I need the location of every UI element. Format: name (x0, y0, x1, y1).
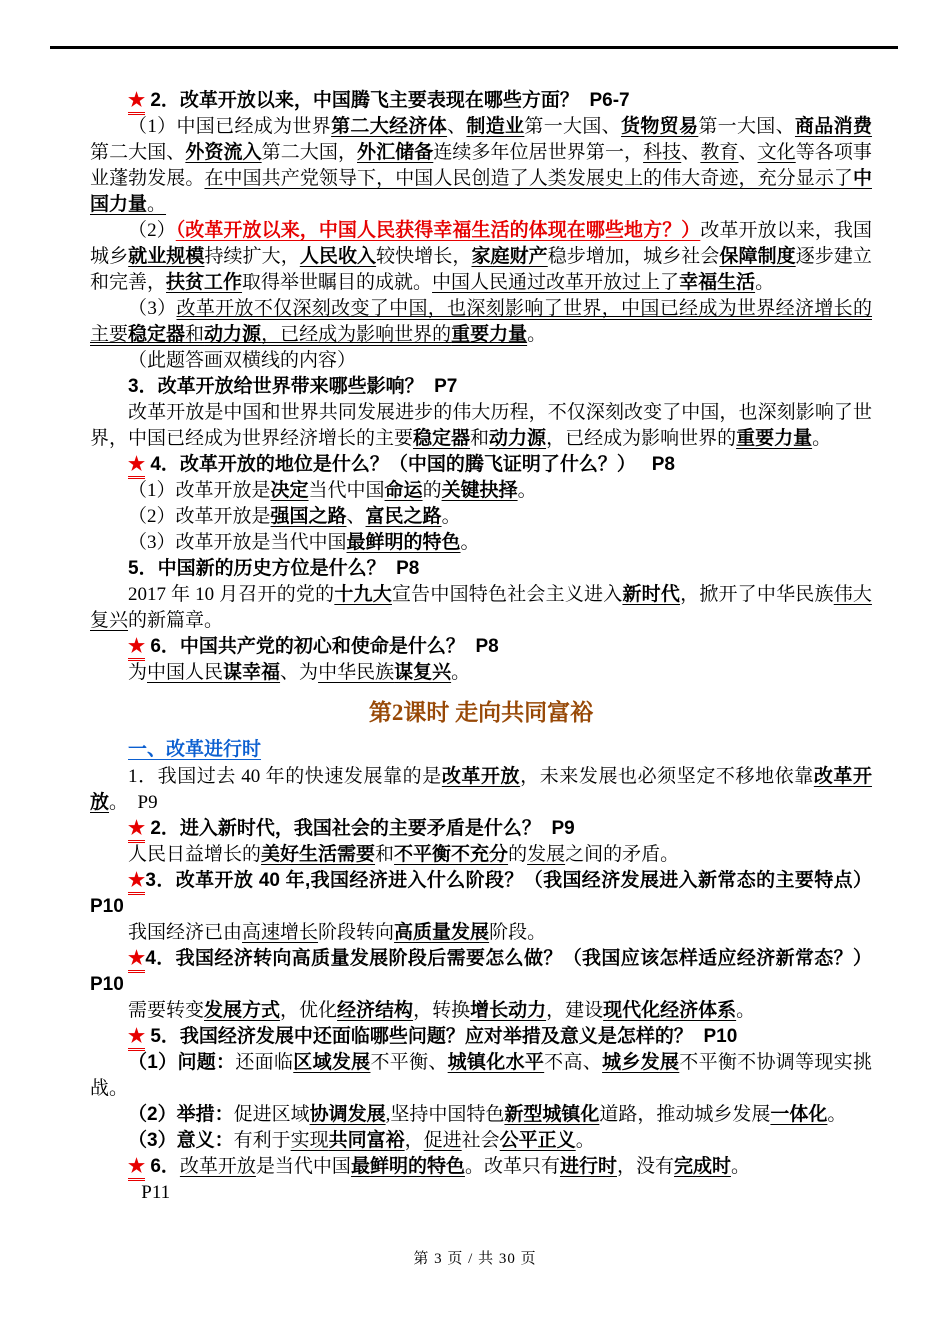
text-segment: 的 (508, 844, 527, 865)
header-divider (50, 46, 898, 49)
text-segment: 强国之路 (271, 506, 347, 527)
star-icon: ★ (128, 454, 145, 479)
text-segment: 宣告中国特色社会主义进入 (392, 584, 622, 605)
text-segment: 6． (145, 1156, 180, 1177)
text-segment: 阶段。 (489, 922, 546, 943)
text-segment: 谋复兴 (394, 662, 451, 683)
text-segment: 还面临 (235, 1052, 293, 1073)
text-segment: （1）问题： (128, 1052, 235, 1073)
text-segment: 现代化经济体系 (603, 1000, 736, 1021)
text-segment: 不平衡、 (370, 1052, 447, 1073)
text-segment: 新型城镇化 (504, 1104, 599, 1125)
star-icon: ★ (128, 818, 145, 843)
text-segment: 需要转变 (128, 1000, 204, 1021)
text-segment: 有利于 (234, 1130, 291, 1151)
text-segment: ,坚持中国特色 (386, 1104, 505, 1125)
text-segment: 稳定器 (128, 324, 185, 345)
text-segment: 是当代中国 (256, 1156, 351, 1177)
text-segment: 高速增长 (242, 922, 318, 943)
text-segment: 之间的矛盾。 (565, 844, 679, 865)
paragraph: ★ 6．中国共产党的初心和使命是什么？ P8 (90, 634, 872, 660)
text-segment: 我国经济已由 (128, 922, 242, 943)
text-segment: ，未来发展也必须坚定不移地依靠 (520, 766, 814, 787)
text-segment: 。 (527, 324, 546, 345)
text-segment: ，没有 (617, 1156, 674, 1177)
paragraph: （2）改革开放是强国之路、富民之路。 (90, 504, 872, 530)
text-segment: （3）意义： (128, 1130, 234, 1151)
text-segment: 家庭财产 (471, 246, 547, 267)
text-segment: ，掀开了中华民族 (680, 584, 834, 605)
text-segment: 协调发展 (310, 1104, 386, 1125)
text-segment: 发展 (527, 844, 565, 865)
text-segment: 第二大国， (262, 142, 357, 163)
text-segment: （2） (128, 220, 176, 241)
paragraph: （3）改革开放不仅深刻改变了中国，也深刻影响了世界，中国已经成为世界经济增长的主… (90, 296, 872, 348)
star-icon: ★ (128, 1026, 145, 1051)
paragraph: 5．中国新的历史方位是什么？ P8 (90, 556, 872, 582)
text-segment: 阶段转向 (318, 922, 394, 943)
text-segment: 第2课时 走向共同富裕 (369, 700, 593, 725)
text-segment: 动力源 (489, 428, 546, 449)
text-segment: ，已经成为影响世界的 (261, 324, 451, 345)
paragraph: 2017 年 10 月召开的党的十九大宣告中国特色社会主义进入新时代，掀开了中华… (90, 582, 872, 634)
text-segment: 。 (736, 1000, 755, 1021)
text-segment: 5．我国经济发展中还面临哪些问题？应对举措及意义是怎样的？ P10 (145, 1026, 737, 1047)
text-segment: ，转换 (413, 1000, 470, 1021)
text-segment: 的新篇章。 (128, 610, 223, 631)
text-segment: 2017 年 10 月召开的党的 (128, 584, 334, 605)
text-segment: 。 (576, 1130, 595, 1151)
paragraph: P11 (90, 1180, 872, 1206)
text-segment: 。 (827, 1104, 846, 1125)
paragraph: 第2课时 走向共同富裕 (90, 698, 872, 728)
text-segment: 幸福生活 (679, 272, 755, 293)
star-icon: ★ (128, 90, 145, 115)
paragraph: ★4．我国经济转向高质量发展阶段后需要怎么做？（我国应该怎样适应经济新常态？） … (90, 946, 872, 998)
text-segment: （2）改革开放是 (128, 506, 271, 527)
text-segment: 扶贫工作 (166, 272, 242, 293)
text-segment: 完成时 (674, 1156, 731, 1177)
text-segment: 。 P9 (109, 792, 158, 813)
text-segment: （1）中国已经成为世界 (128, 116, 331, 137)
text-segment: 最鲜明的特色 (351, 1156, 465, 1177)
paragraph: 我国经济已由高速增长阶段转向高质量发展阶段。 (90, 920, 872, 946)
text-segment: 3．改革开放 40 年,我国经济进入什么阶段？（我国经济发展进入新常态的主要特点… (90, 870, 877, 917)
text-segment: 社会 (462, 1130, 500, 1151)
text-segment: 外资流入 (185, 142, 261, 163)
text-segment: 6．中国共产党的初心和使命是什么？ P8 (145, 636, 499, 657)
text-segment: 不高、 (544, 1052, 602, 1073)
text-segment: 货物贸易 (621, 116, 698, 137)
text-segment: 2．进入新时代，我国社会的主要矛盾是什么？ P9 (145, 818, 575, 839)
paragraph: 需要转变发展方式，优化经济结构，转换增长动力，建设现代化经济体系。 (90, 998, 872, 1024)
text-segment: 实现 (291, 1130, 329, 1151)
text-segment: （此题答画双横线的内容） (128, 350, 356, 371)
star-icon: ★ (128, 870, 145, 895)
text-segment: 中国人民通过改革开放过上了 (432, 272, 679, 293)
text-segment: 动力源 (204, 324, 261, 345)
paragraph: 人民日益增长的美好生活需要和不平衡不充分的发展之间的矛盾。 (90, 842, 872, 868)
star-icon: ★ (128, 948, 145, 973)
text-segment: （1）改革开放是 (128, 480, 271, 501)
text-segment: 持续扩大， (204, 246, 299, 267)
text-segment: 富民之路 (366, 506, 442, 527)
text-segment: 取得举世瞩目的成就。 (242, 272, 432, 293)
text-segment: 连续多年位居世界第一， (433, 142, 643, 163)
text-segment: 。 (442, 506, 461, 527)
text-segment: 促进 (424, 1130, 462, 1151)
text-segment: 命运 (385, 480, 423, 501)
text-segment: 制造业 (466, 116, 524, 137)
text-segment: 重要力量 (736, 428, 812, 449)
text-segment: 。 (731, 1156, 750, 1177)
text-segment: 谋幸福 (223, 662, 280, 683)
text-segment: 改革开放 (442, 766, 520, 787)
paragraph: ★ 6．改革开放是当代中国最鲜明的特色。改革只有进行时，没有完成时。 (90, 1154, 872, 1180)
document-page: ★ 2．改革开放以来，中国腾飞主要表现在哪些方面？ P6-7（1）中国已经成为世… (0, 0, 950, 1344)
text-segment: 、 (738, 142, 757, 163)
text-segment: 不平衡不充分 (394, 844, 508, 865)
text-segment: 最鲜明的特色 (347, 532, 461, 553)
paragraph: （2）（改革开放以来，中国人民获得幸福生活的体现在哪些地方？）改革开放以来，我国… (90, 218, 872, 296)
text-segment: 十九大 (334, 584, 392, 605)
paragraph: ★3．改革开放 40 年,我国经济进入什么阶段？（我国经济发展进入新常态的主要特… (90, 868, 872, 920)
text-segment: 公平正义 (500, 1130, 576, 1151)
text-segment: 中国人民 (147, 662, 223, 683)
text-segment: ，优化 (280, 1000, 337, 1021)
text-segment: ，建设 (546, 1000, 603, 1021)
text-segment: 稳定器 (413, 428, 470, 449)
text-segment: 。 (147, 194, 166, 215)
text-segment: 共同富裕 (329, 1130, 405, 1151)
paragraph: 一、改革进行时 (90, 737, 872, 763)
text-segment: 道路，推动城乡发展 (599, 1104, 770, 1125)
text-segment: ，已经成为影响世界的 (546, 428, 736, 449)
paragraph: 为中国人民谋幸福、为中华民族谋复兴。 (90, 660, 872, 686)
text-segment: 5．中国新的历史方位是什么？ P8 (128, 558, 419, 579)
paragraph: ★ 2．改革开放以来，中国腾飞主要表现在哪些方面？ P6-7 (90, 88, 872, 114)
text-segment: 商品消费 (795, 116, 872, 137)
text-segment: 、 (447, 116, 466, 137)
paragraph: （此题答画双横线的内容） (90, 348, 872, 374)
text-segment: 美好生活需要 (261, 844, 375, 865)
text-segment: 高质量发展 (394, 922, 489, 943)
text-segment: 。改革只有 (465, 1156, 560, 1177)
paragraph: 改革开放是中国和世界共同发展进步的伟大历程，不仅深刻改变了中国，也深刻影响了世界… (90, 400, 872, 452)
text-segment: （改革开放以来，中国人民获得幸福生活的体现在哪些地方？） (176, 220, 701, 241)
star-icon: ★ (128, 636, 145, 661)
text-segment: 外汇储备 (357, 142, 433, 163)
text-segment: （2）举措： (128, 1104, 234, 1125)
text-segment: 保障制度 (719, 246, 795, 267)
page-footer: 第 3 页 / 共 30 页 (0, 1246, 950, 1272)
text-segment: 中华民族 (318, 662, 394, 683)
text-segment: 4．我国经济转向高质量发展阶段后需要怎么做？（我国应该怎样适应经济新常态？） P… (90, 948, 893, 995)
text-segment: 和 (185, 324, 204, 345)
text-segment: 2．改革开放以来，中国腾飞主要表现在哪些方面？ P6-7 (145, 90, 630, 111)
text-segment: 的 (423, 480, 442, 501)
text-segment: 3．改革开放给世界带来哪些影响？ P7 (128, 376, 457, 397)
paragraph: （1）中国已经成为世界第二大经济体、制造业第一大国、货物贸易第一大国、商品消费第… (90, 114, 872, 218)
text-segment: 一、改革进行时 (128, 739, 261, 760)
text-segment: 城镇化水平 (448, 1052, 545, 1073)
paragraph: ★ 5．我国经济发展中还面临哪些问题？应对举措及意义是怎样的？ P10 (90, 1024, 872, 1050)
text-segment: 第一大国、 (698, 116, 795, 137)
star-icon: ★ (128, 1156, 145, 1181)
text-segment: 进行时 (560, 1156, 617, 1177)
text-segment: 4．改革开放的地位是什么？（中国的腾飞证明了什么？） P8 (145, 454, 675, 475)
text-segment: 和 (375, 844, 394, 865)
text-segment: 。 (755, 272, 774, 293)
text-segment: （3）改革开放是当代中国 (128, 532, 347, 553)
text-segment: 第二大国、 (90, 142, 185, 163)
text-segment: P11 (141, 1182, 170, 1203)
text-segment: 。 (518, 480, 537, 501)
text-segment: 第二大经济体 (331, 116, 447, 137)
text-segment: 和 (470, 428, 489, 449)
text-segment: 当代中国 (309, 480, 385, 501)
text-segment: 增长动力 (470, 1000, 546, 1021)
paragraph: （3）改革开放是当代中国最鲜明的特色。 (90, 530, 872, 556)
text-segment: 、 (347, 506, 366, 527)
text-segment: 、为 (280, 662, 318, 683)
text-segment: 就业规模 (128, 246, 204, 267)
paragraph: ★ 2．进入新时代，我国社会的主要矛盾是什么？ P9 (90, 816, 872, 842)
paragraph: （1）问题：还面临区域发展不平衡、城镇化水平不高、城乡发展不平衡不协调等现实挑战… (90, 1050, 872, 1102)
text-segment: ， (405, 1130, 424, 1151)
text-segment: 人民日益增长的 (128, 844, 261, 865)
paragraph: ★ 4．改革开放的地位是什么？（中国的腾飞证明了什么？） P8 (90, 452, 872, 478)
text-segment: 。 (812, 428, 831, 449)
text-segment: 。 (451, 662, 470, 683)
text-segment: 城乡发展 (602, 1052, 679, 1073)
text-segment: 教育 (700, 142, 738, 163)
text-segment: 关键抉择 (442, 480, 518, 501)
text-segment: 新时代 (622, 584, 680, 605)
text-segment: 文化 (758, 142, 796, 163)
text-segment: 重要力量 (451, 324, 527, 345)
text-segment: 决定 (271, 480, 309, 501)
text-segment: 较快增长， (376, 246, 471, 267)
text-segment: 、 (681, 142, 700, 163)
text-segment: 稳步增加，城乡社会 (548, 246, 720, 267)
text-segment: 1．我国过去 40 年的快速发展靠的是 (128, 766, 442, 787)
text-segment: 促进区域 (234, 1104, 310, 1125)
paragraph: （2）举措：促进区域协调发展,坚持中国特色新型城镇化道路，推动城乡发展一体化。 (90, 1102, 872, 1128)
text-segment: 一体化 (770, 1104, 827, 1125)
text-segment: 区域发展 (293, 1052, 370, 1073)
text-segment: 。 (461, 532, 480, 553)
text-segment: 经济结构 (337, 1000, 413, 1021)
text-segment: 发展方式 (204, 1000, 280, 1021)
paragraph: 1．我国过去 40 年的快速发展靠的是改革开放，未来发展也必须坚定不移地依靠改革… (90, 764, 872, 816)
text-segment: 为 (128, 662, 147, 683)
paragraph: （3）意义：有利于实现共同富裕，促进社会公平正义。 (90, 1128, 872, 1154)
text-segment: （3） (128, 298, 177, 319)
text-segment: 科技 (643, 142, 681, 163)
text-segment: 改革开放 (180, 1156, 256, 1177)
paragraph: 3．改革开放给世界带来哪些影响？ P7 (90, 374, 872, 400)
text-segment: 人民收入 (300, 246, 376, 267)
text-segment: 第一大国、 (524, 116, 621, 137)
text-segment: 在中国共产党领导下，中国人民创造了人类发展史上的伟大奇迹，充分显示了 (204, 168, 853, 189)
document-content: ★ 2．改革开放以来，中国腾飞主要表现在哪些方面？ P6-7（1）中国已经成为世… (90, 88, 872, 1206)
paragraph: （1）改革开放是决定当代中国命运的关键抉择。 (90, 478, 872, 504)
